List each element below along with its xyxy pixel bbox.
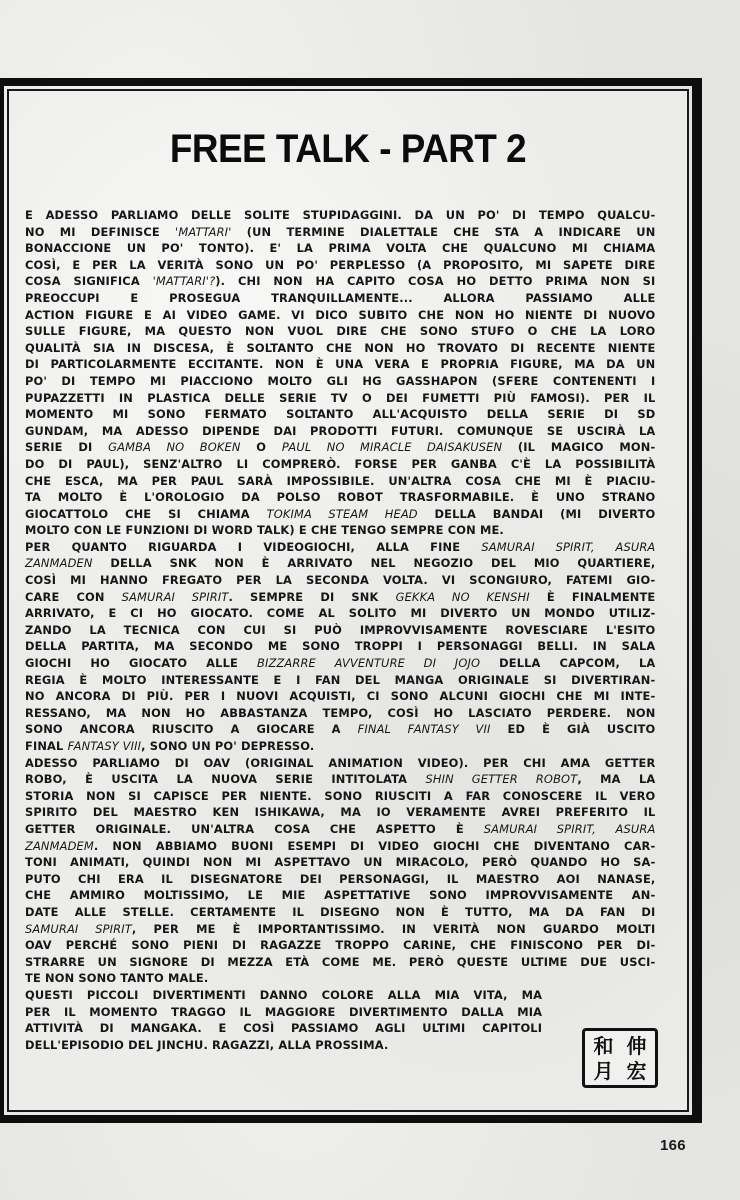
title-reference: SAMURAI SPIRIT, ASURA: [481, 540, 655, 554]
title-reference: 'MATTARI': [175, 225, 231, 239]
text-run: STRARRE UN SIGNORE DI MEZZA ETÀ COME ME.…: [25, 955, 655, 969]
title-reference: GAMBA NO BOKEN: [108, 440, 240, 454]
text-run: COSA SIGNIFICA: [25, 274, 153, 288]
title-reference: SHIN GETTER ROBOT: [425, 772, 577, 786]
text-run: ZANDO LA TECNICA CON CUI SI PUÒ IMPROVVI…: [25, 623, 655, 637]
text-line: COSÌ MI HANNO FREGATO PER LA SECONDA VOL…: [25, 572, 655, 589]
text-run: GIOCHI HO GIOCATO ALLE: [25, 656, 257, 670]
text-run: DATE ALLE STELLE. CERTAMENTE IL DISEGNO …: [25, 905, 655, 919]
text-run: ADESSO PARLIAMO DI OAV (ORIGINAL ANIMATI…: [25, 756, 655, 770]
text-line: ACTION FIGURE E AI VIDEO GAME. VI DICO S…: [25, 307, 655, 324]
text-run: MOMENTO MI SONO FERMATO SOLTANTO ALL'ACQ…: [25, 407, 655, 421]
text-line: PO' DI TEMPO MI PIACCIONO MOLTO GLI HG G…: [25, 373, 655, 390]
title-reference: ZANMADEM: [25, 839, 94, 853]
text-line: QUESTI PICCOLI DIVERTIMENTI DANNO COLORE…: [25, 987, 542, 1004]
text-line: MOLTO CON LE FUNZIONI DI WORD TALK) E CH…: [25, 522, 655, 539]
text-run: . NON ABBIAMO BUONI ESEMPI DI VIDEO GIOC…: [94, 839, 656, 853]
text-run: SULLE FIGURE, MA QUESTO NON VUOL DIRE CH…: [25, 324, 655, 338]
text-run: DELLA SNK NON È ARRIVATO NEL NEGOZIO DEL…: [93, 556, 656, 570]
seal-character: 月: [594, 1060, 614, 1082]
text-run: SONO ANCORA RIUSCITO A GIOCARE A: [25, 722, 358, 736]
title-reference: BIZZARRE AVVENTURE DI JOJO: [257, 656, 480, 670]
text-run: SERIE DI: [25, 440, 108, 454]
text-run: GUNDAM, MA ADESSO DIPENDE DAI PRODOTTI F…: [25, 424, 655, 438]
seal-character: 和: [594, 1035, 614, 1057]
text-line: SERIE DI GAMBA NO BOKEN O PAUL NO MIRACL…: [25, 439, 655, 456]
text-line: GIOCHI HO GIOCATO ALLE BIZZARRE AVVENTUR…: [25, 655, 655, 672]
article-body: E ADESSO PARLIAMO DELLE SOLITE STUPIDAGG…: [25, 207, 655, 1053]
text-run: ARRIVATO, E CI HO GIOCATO. COME AL SOLIT…: [25, 606, 655, 620]
text-line: ROBO, È USCITA LA NUOVA SERIE INTITOLATA…: [25, 771, 655, 788]
text-run: COSÌ, E PER LA VERITÀ SONO UN PO' PERPLE…: [25, 258, 655, 272]
text-line: SULLE FIGURE, MA QUESTO NON VUOL DIRE CH…: [25, 323, 655, 340]
article-paragraph: E ADESSO PARLIAMO DELLE SOLITE STUPIDAGG…: [25, 207, 655, 539]
text-run: QUALITÀ SIA IN DISCESA, È SOLTANTO CHE N…: [25, 341, 655, 355]
text-line: FINAL FANTASY VIII, SONO UN PO' DEPRESSO…: [25, 738, 655, 755]
article-paragraph: QUESTI PICCOLI DIVERTIMENTI DANNO COLORE…: [25, 987, 542, 1053]
text-line: CHE AMMIRO MOLTISSIMO, LE MIE ASPETTATIV…: [25, 887, 655, 904]
text-run: FINAL: [25, 739, 68, 753]
text-line: PER IL MOMENTO TRAGGO IL MAGGIORE DIVERT…: [25, 1004, 542, 1021]
title-reference: SAMURAI SPIRIT, ASURA: [484, 822, 656, 836]
text-run: QUESTI PICCOLI DIVERTIMENTI DANNO COLORE…: [25, 988, 542, 1002]
text-line: BONACCIONE UN PO' TONTO). E' LA PRIMA VO…: [25, 240, 655, 257]
text-line: ZANDO LA TECNICA CON CUI SI PUÒ IMPROVVI…: [25, 622, 655, 639]
title-reference: 'MATTARI'?: [153, 274, 216, 288]
text-line: DO DI PAUL), SENZ'ALTRO LI COMPRERÒ. FOR…: [25, 456, 655, 473]
title-reference: SAMURAI SPIRIT: [122, 590, 229, 604]
text-run: E ADESSO PARLIAMO DELLE SOLITE STUPIDAGG…: [25, 208, 655, 222]
text-line: STORIA NON SI CAPISCE PER NIENTE. SONO R…: [25, 788, 655, 805]
text-line: ADESSO PARLIAMO DI OAV (ORIGINAL ANIMATI…: [25, 755, 655, 772]
text-run: SPIRITO DEL MAESTRO KEN ISHIKAWA, MA IO …: [25, 805, 655, 819]
text-run: CARE CON: [25, 590, 122, 604]
page-title: FREE TALK - PART 2: [36, 127, 660, 172]
signature-seal: 和 伸 月 宏: [582, 1028, 658, 1088]
seal-character: 伸: [627, 1035, 647, 1057]
text-line: GUNDAM, MA ADESSO DIPENDE DAI PRODOTTI F…: [25, 423, 655, 440]
text-line: E ADESSO PARLIAMO DELLE SOLITE STUPIDAGG…: [25, 207, 655, 224]
text-run: COSÌ MI HANNO FREGATO PER LA SECONDA VOL…: [25, 573, 655, 587]
text-run: ACTION FIGURE E AI VIDEO GAME. VI DICO S…: [25, 308, 655, 322]
page-frame: FREE TALK - PART 2 E ADESSO PARLIAMO DEL…: [0, 78, 702, 1123]
text-run: DI PARTICOLARMENTE ECCITANTE. NON È UNA …: [25, 357, 655, 371]
text-run: STORIA NON SI CAPISCE PER NIENTE. SONO R…: [25, 789, 655, 803]
text-run: È FINALMENTE: [530, 590, 656, 604]
text-run: PO' DI TEMPO MI PIACCIONO MOLTO GLI HG G…: [25, 374, 655, 388]
seal-character: 宏: [627, 1060, 647, 1082]
text-run: GETTER ORIGINALE. UN'ALTRA COSA CHE ASPE…: [25, 822, 484, 836]
text-run: DELL'EPISODIO DEL JINCHU. RAGAZZI, ALLA …: [25, 1038, 388, 1052]
title-reference: SAMURAI SPIRIT: [25, 922, 132, 936]
text-line: SPIRITO DEL MAESTRO KEN ISHIKAWA, MA IO …: [25, 804, 655, 821]
text-run: MOLTO CON LE FUNZIONI DI WORD TALK) E CH…: [25, 523, 504, 537]
page-frame-inner: FREE TALK - PART 2 E ADESSO PARLIAMO DEL…: [7, 89, 689, 1112]
text-line: RESSANO, MA NON HO ABBASTANZA TEMPO, COS…: [25, 705, 655, 722]
title-reference: PAUL NO MIRACLE DAISAKUSEN: [282, 440, 502, 454]
text-run: TA MOLTO È L'OROLOGIO DA POLSO ROBOT TRA…: [25, 490, 655, 504]
text-run: . SEMPRE DI SNK: [228, 590, 395, 604]
text-run: DELLA PARTITA, MA SECONDO ME SONO TROPPI…: [25, 639, 655, 653]
text-line: SONO ANCORA RIUSCITO A GIOCARE A FINAL F…: [25, 721, 655, 738]
text-line: TONI ANIMATI, QUINDI NON MI ASPETTAVO UN…: [25, 854, 655, 871]
text-run: PER QUANTO RIGUARDA I VIDEOGIOCHI, ALLA …: [25, 540, 481, 554]
text-run: ). CHI NON HA CAPITO COSA HO DETTO PRIMA…: [215, 274, 655, 288]
text-line: DELLA PARTITA, MA SECONDO ME SONO TROPPI…: [25, 638, 655, 655]
text-run: GIOCATTOLO CHE SI CHIAMA: [25, 507, 267, 521]
text-line: QUALITÀ SIA IN DISCESA, È SOLTANTO CHE N…: [25, 340, 655, 357]
text-run: (IL MAGICO MON-: [502, 440, 655, 454]
text-run: NO MI DEFINISCE: [25, 225, 175, 239]
text-run: DELLA CAPCOM, LA: [480, 656, 655, 670]
title-reference: FANTASY VIII: [68, 739, 142, 753]
title-reference: FINAL FANTASY VII: [358, 722, 491, 736]
text-line: ZANMADEM. NON ABBIAMO BUONI ESEMPI DI VI…: [25, 838, 655, 855]
text-line: OAV PERCHÉ SONO PIENI DI RAGAZZE TROPPO …: [25, 937, 655, 954]
article-paragraph: ADESSO PARLIAMO DI OAV (ORIGINAL ANIMATI…: [25, 755, 655, 987]
article-paragraph: PER QUANTO RIGUARDA I VIDEOGIOCHI, ALLA …: [25, 539, 655, 755]
text-line: COSÌ, E PER LA VERITÀ SONO UN PO' PERPLE…: [25, 257, 655, 274]
title-reference: ZANMADEN: [25, 556, 93, 570]
text-run: NO ANCORA DI PIÙ. PER I NUOVI ACQUISTI, …: [25, 689, 655, 703]
text-run: , SONO UN PO' DEPRESSO.: [141, 739, 314, 753]
text-run: TONI ANIMATI, QUINDI NON MI ASPETTAVO UN…: [25, 855, 655, 869]
text-run: O: [241, 440, 282, 454]
text-line: DATE ALLE STELLE. CERTAMENTE IL DISEGNO …: [25, 904, 655, 921]
text-line: NO MI DEFINISCE 'MATTARI' (UN TERMINE DI…: [25, 224, 655, 241]
text-line: PUTO CHI ERA IL DISEGNATORE DEI PERSONAG…: [25, 871, 655, 888]
text-run: , PER ME È IMPORTANTISSIMO. IN VERITÀ NO…: [132, 922, 656, 936]
text-run: PUTO CHI ERA IL DISEGNATORE DEI PERSONAG…: [25, 872, 655, 886]
text-line: COSA SIGNIFICA 'MATTARI'?). CHI NON HA C…: [25, 273, 655, 290]
text-run: REGIA È MOLTO INTERESSANTE E I FAN DEL M…: [25, 673, 655, 687]
text-run: RESSANO, MA NON HO ABBASTANZA TEMPO, COS…: [25, 706, 655, 720]
text-line: GIOCATTOLO CHE SI CHIAMA TOKIMA STEAM HE…: [25, 506, 655, 523]
text-line: ZANMADEN DELLA SNK NON È ARRIVATO NEL NE…: [25, 555, 655, 572]
title-reference: GEKKA NO KENSHI: [396, 590, 530, 604]
text-line: TE NON SONO TANTO MALE.: [25, 970, 655, 987]
text-line: REGIA È MOLTO INTERESSANTE E I FAN DEL M…: [25, 672, 655, 689]
text-run: ED È GIÀ USCITO: [491, 722, 656, 736]
text-line: NO ANCORA DI PIÙ. PER I NUOVI ACQUISTI, …: [25, 688, 655, 705]
text-run: ATTIVITÀ DI MANGAKA. E COSÌ PASSIAMO AGL…: [25, 1021, 542, 1035]
text-line: PUPAZZETTI IN PLASTICA DELLE SERIE TV O …: [25, 390, 655, 407]
text-line: PREOCCUPI E PROSEGUA TRANQUILLAMENTE... …: [25, 290, 655, 307]
text-run: (UN TERMINE DIALETTALE CHE STA A INDICAR…: [231, 225, 655, 239]
text-line: ARRIVATO, E CI HO GIOCATO. COME AL SOLIT…: [25, 605, 655, 622]
text-run: CHE AMMIRO MOLTISSIMO, LE MIE ASPETTATIV…: [25, 888, 655, 902]
text-line: MOMENTO MI SONO FERMATO SOLTANTO ALL'ACQ…: [25, 406, 655, 423]
text-line: DELL'EPISODIO DEL JINCHU. RAGAZZI, ALLA …: [25, 1037, 542, 1054]
text-run: BONACCIONE UN PO' TONTO). E' LA PRIMA VO…: [25, 241, 655, 255]
text-run: PUPAZZETTI IN PLASTICA DELLE SERIE TV O …: [25, 391, 655, 405]
text-run: DO DI PAUL), SENZ'ALTRO LI COMPRERÒ. FOR…: [25, 457, 655, 471]
text-line: SAMURAI SPIRIT, PER ME È IMPORTANTISSIMO…: [25, 921, 655, 938]
text-run: DELLA BANDAI (MI DIVERTO: [418, 507, 656, 521]
text-run: ROBO, È USCITA LA NUOVA SERIE INTITOLATA: [25, 772, 425, 786]
text-line: STRARRE UN SIGNORE DI MEZZA ETÀ COME ME.…: [25, 954, 655, 971]
text-run: CHE ESCA, MA PER PAUL SARÀ IMPOSSIBILE. …: [25, 474, 655, 488]
text-run: OAV PERCHÉ SONO PIENI DI RAGAZZE TROPPO …: [25, 938, 655, 952]
text-run: , MA LA: [577, 772, 655, 786]
text-line: ATTIVITÀ DI MANGAKA. E COSÌ PASSIAMO AGL…: [25, 1020, 542, 1037]
text-line: PER QUANTO RIGUARDA I VIDEOGIOCHI, ALLA …: [25, 539, 655, 556]
text-line: CARE CON SAMURAI SPIRIT. SEMPRE DI SNK G…: [25, 589, 655, 606]
page-number: 166: [660, 1137, 686, 1154]
text-line: TA MOLTO È L'OROLOGIO DA POLSO ROBOT TRA…: [25, 489, 655, 506]
text-line: GETTER ORIGINALE. UN'ALTRA COSA CHE ASPE…: [25, 821, 655, 838]
text-run: PREOCCUPI E PROSEGUA TRANQUILLAMENTE... …: [25, 291, 655, 305]
text-line: DI PARTICOLARMENTE ECCITANTE. NON È UNA …: [25, 356, 655, 373]
text-run: PER IL MOMENTO TRAGGO IL MAGGIORE DIVERT…: [25, 1005, 542, 1019]
text-line: CHE ESCA, MA PER PAUL SARÀ IMPOSSIBILE. …: [25, 473, 655, 490]
text-run: TE NON SONO TANTO MALE.: [25, 971, 208, 985]
title-reference: TOKIMA STEAM HEAD: [267, 507, 418, 521]
